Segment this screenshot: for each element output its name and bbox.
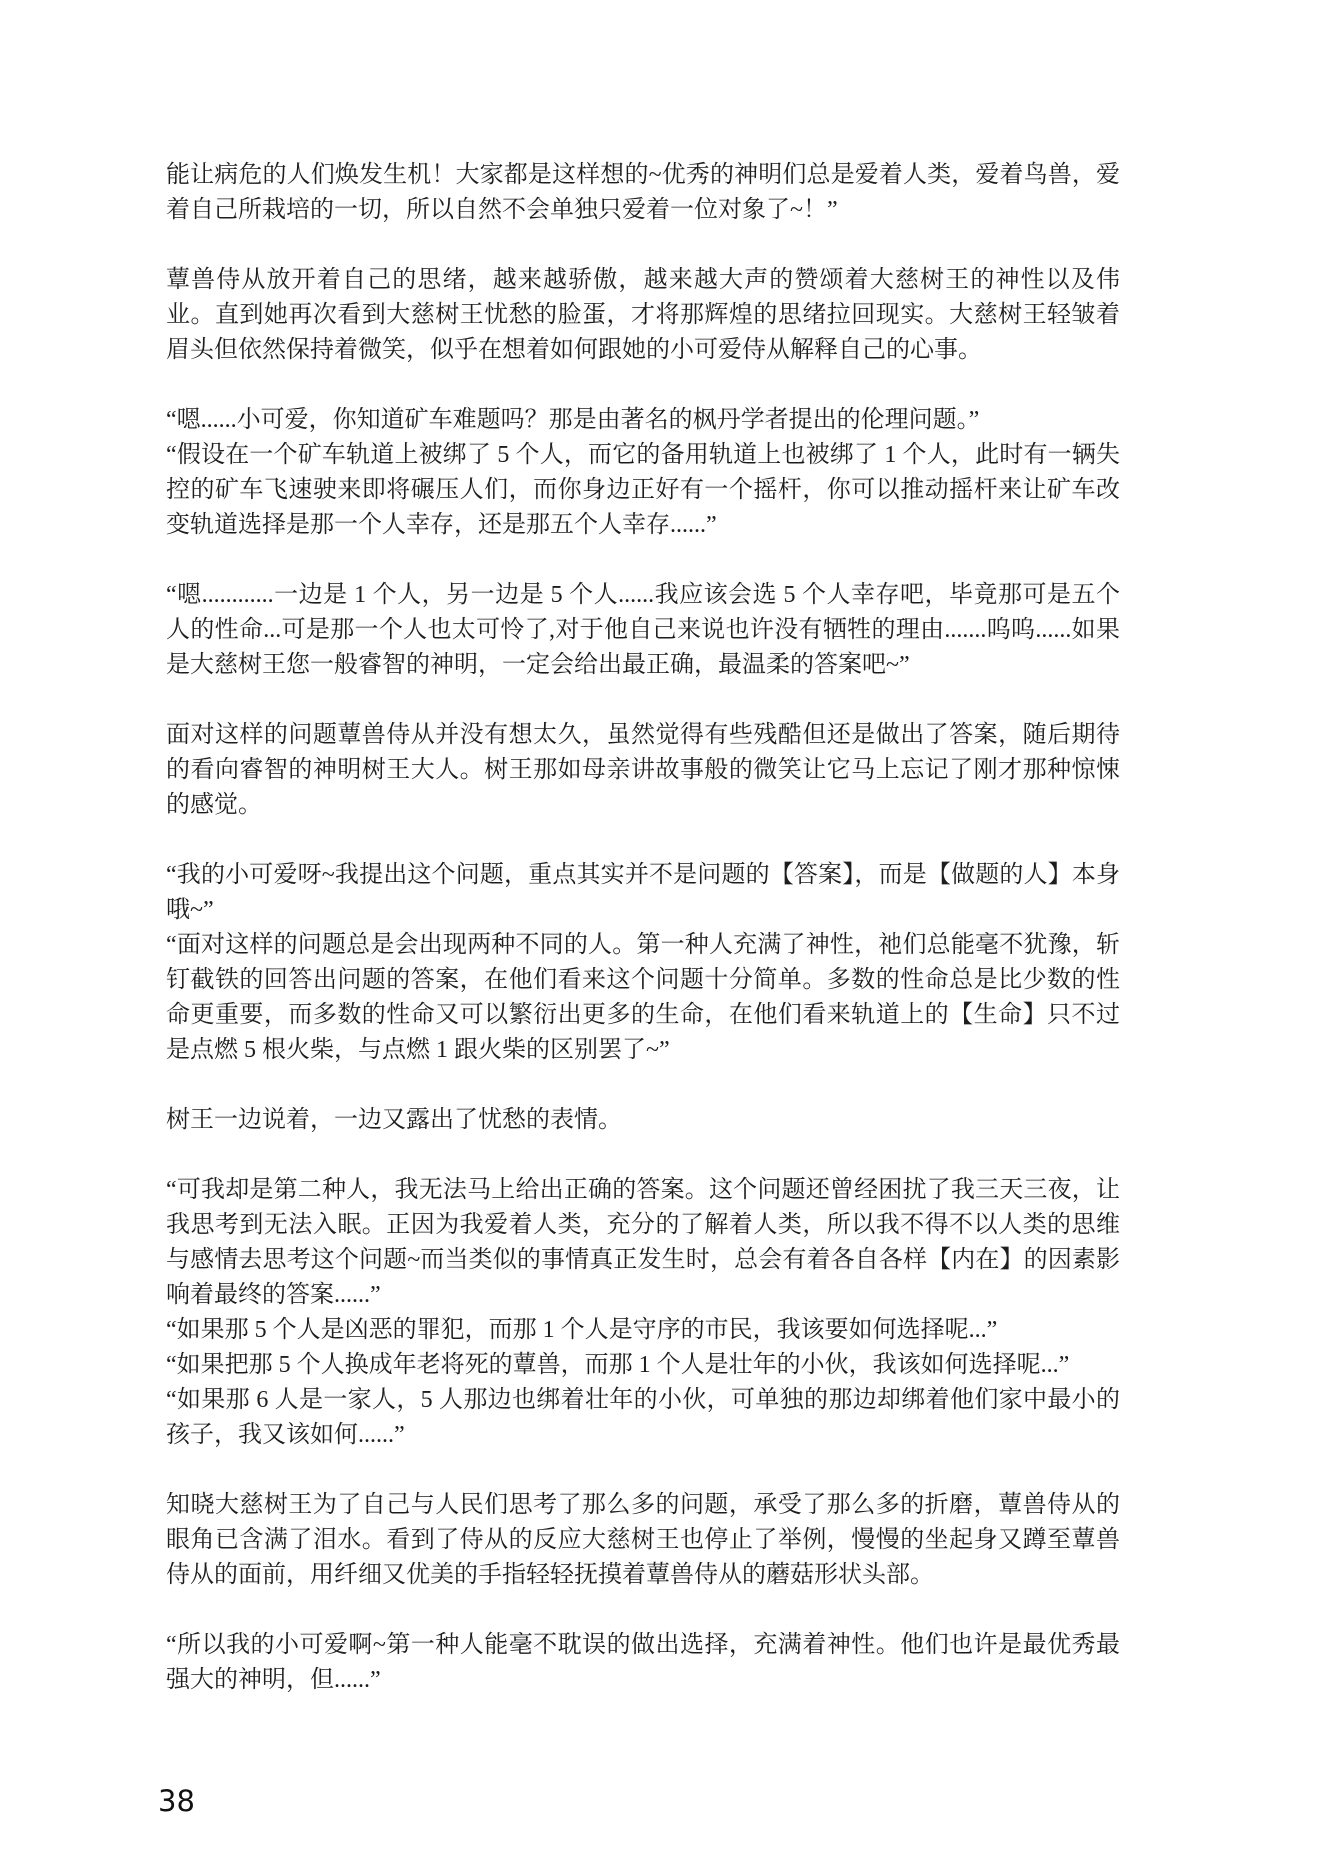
- paragraph: “嗯............一边是 1 个人，另一边是 5 个人......我应…: [166, 578, 1120, 683]
- paragraph: “如果那 5 个人是凶恶的罪犯，而那 1 个人是守序的市民，我该要如何选择呢..…: [166, 1313, 1120, 1348]
- paragraph: “嗯......小可爱，你知道矿车难题吗？那是由著名的枫丹学者提出的伦理问题。”: [166, 403, 1120, 438]
- paragraph: “假设在一个矿车轨道上被绑了 5 个人，而它的备用轨道上也被绑了 1 个人，此时…: [166, 438, 1120, 543]
- page-number: 38: [158, 1784, 195, 1818]
- paragraph: 面对这样的问题蕈兽侍从并没有想太久，虽然觉得有些残酷但还是做出了答案，随后期待的…: [166, 718, 1120, 823]
- paragraph: “所以我的小可爱啊~第一种人能毫不耽误的做出选择，充满着神性。他们也许是最优秀最…: [166, 1628, 1120, 1698]
- paragraph: “可我却是第二种人，我无法马上给出正确的答案。这个问题还曾经困扰了我三天三夜，让…: [166, 1173, 1120, 1313]
- paragraph-block: 蕈兽侍从放开着自己的思绪，越来越骄傲，越来越大声的赞颂着大慈树王的神性以及伟业。…: [166, 263, 1120, 368]
- paragraph: 能让病危的人们焕发生机！大家都是这样想的~优秀的神明们总是爱着人类，爱着鸟兽，爱…: [166, 158, 1120, 228]
- paragraph-block: 能让病危的人们焕发生机！大家都是这样想的~优秀的神明们总是爱着人类，爱着鸟兽，爱…: [166, 158, 1120, 228]
- paragraph: 知晓大慈树王为了自己与人民们思考了那么多的问题，承受了那么多的折磨，蕈兽侍从的眼…: [166, 1488, 1120, 1593]
- paragraph-block: “我的小可爱呀~我提出这个问题，重点其实并不是问题的【答案】，而是【做题的人】本…: [166, 858, 1120, 1068]
- document-body: 能让病危的人们焕发生机！大家都是这样想的~优秀的神明们总是爱着人类，爱着鸟兽，爱…: [166, 158, 1120, 1733]
- paragraph-block: “所以我的小可爱啊~第一种人能毫不耽误的做出选择，充满着神性。他们也许是最优秀最…: [166, 1628, 1120, 1698]
- paragraph: “我的小可爱呀~我提出这个问题，重点其实并不是问题的【答案】，而是【做题的人】本…: [166, 858, 1120, 928]
- paragraph: 蕈兽侍从放开着自己的思绪，越来越骄傲，越来越大声的赞颂着大慈树王的神性以及伟业。…: [166, 263, 1120, 368]
- paragraph-block: “可我却是第二种人，我无法马上给出正确的答案。这个问题还曾经困扰了我三天三夜，让…: [166, 1173, 1120, 1453]
- paragraph: “如果那 6 人是一家人，5 人那边也绑着壮年的小伙，可单独的那边却绑着他们家中…: [166, 1383, 1120, 1453]
- paragraph-block: “嗯............一边是 1 个人，另一边是 5 个人......我应…: [166, 578, 1120, 683]
- paragraph: 树王一边说着，一边又露出了忧愁的表情。: [166, 1103, 1120, 1138]
- paragraph-block: “嗯......小可爱，你知道矿车难题吗？那是由著名的枫丹学者提出的伦理问题。”…: [166, 403, 1120, 543]
- paragraph-block: 树王一边说着，一边又露出了忧愁的表情。: [166, 1103, 1120, 1138]
- paragraph-block: 知晓大慈树王为了自己与人民们思考了那么多的问题，承受了那么多的折磨，蕈兽侍从的眼…: [166, 1488, 1120, 1593]
- paragraph-block: 面对这样的问题蕈兽侍从并没有想太久，虽然觉得有些残酷但还是做出了答案，随后期待的…: [166, 718, 1120, 823]
- document-page: 能让病危的人们焕发生机！大家都是这样想的~优秀的神明们总是爱着人类，爱着鸟兽，爱…: [0, 0, 1323, 1871]
- paragraph: “如果把那 5 个人换成年老将死的蕈兽，而那 1 个人是壮年的小伙，我该如何选择…: [166, 1348, 1120, 1383]
- paragraph: “面对这样的问题总是会出现两种不同的人。第一种人充满了神性，祂们总能毫不犹豫，斩…: [166, 928, 1120, 1068]
